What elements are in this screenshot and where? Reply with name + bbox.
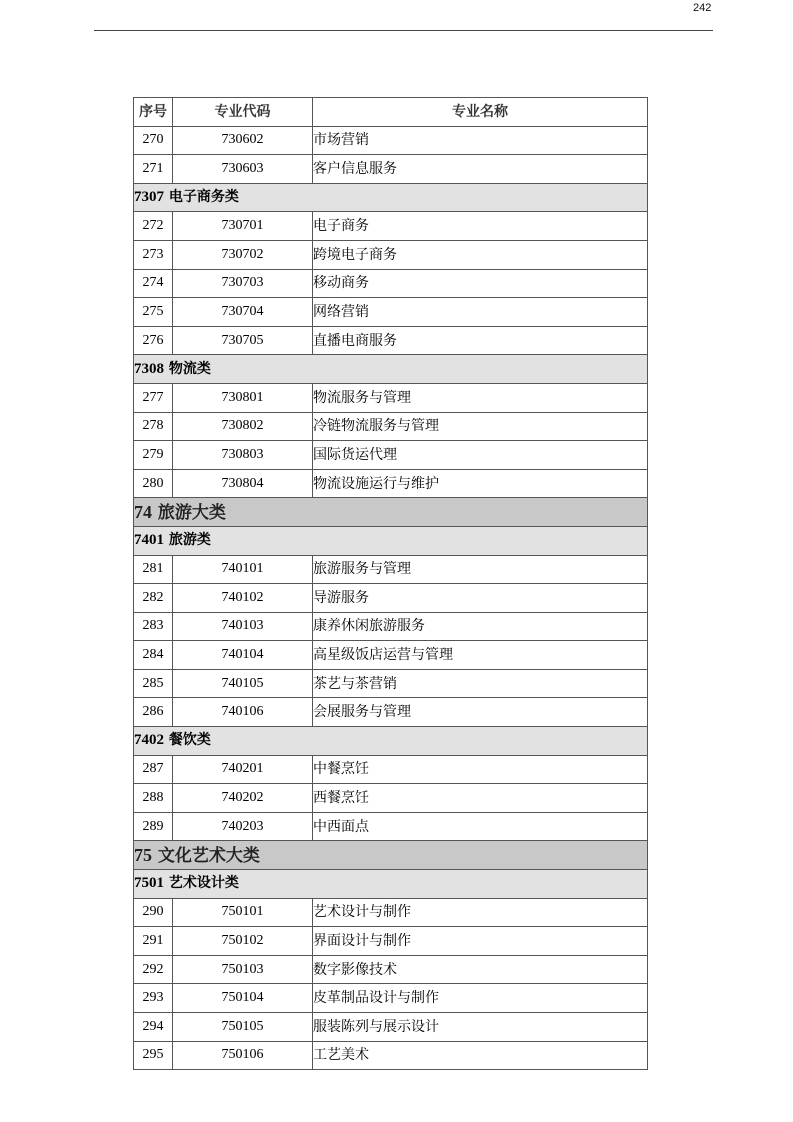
table-row: 276730705直播电商服务 xyxy=(134,326,648,355)
cell-code: 730701 xyxy=(173,212,313,241)
cell-code: 740105 xyxy=(173,669,313,698)
header-code: 专业代码 xyxy=(173,98,313,127)
cell-seq: 270 xyxy=(134,126,173,155)
cell-name: 康养休闲旅游服务 xyxy=(313,612,648,641)
table-row: 274730703移动商务 xyxy=(134,269,648,298)
table-row: 295750106工艺美术 xyxy=(134,1041,648,1070)
cell-name: 移动商务 xyxy=(313,269,648,298)
cell-code: 750104 xyxy=(173,984,313,1013)
cell-name: 西餐烹饪 xyxy=(313,784,648,813)
cell-seq: 287 xyxy=(134,755,173,784)
table-row: 270730602市场营销 xyxy=(134,126,648,155)
category-cell: 75 文化艺术大类 xyxy=(134,841,648,870)
table-row: 280730804物流设施运行与维护 xyxy=(134,469,648,498)
category-label: 文化艺术大类 xyxy=(158,846,260,866)
category-code: 74 xyxy=(134,502,152,522)
table-row: 284740104高星级饭店运营与管理 xyxy=(134,641,648,670)
category-label: 旅游大类 xyxy=(158,503,226,523)
category-code: 75 xyxy=(134,845,152,865)
cell-code: 750106 xyxy=(173,1041,313,1070)
category-row: 7501 艺术设计类 xyxy=(134,870,648,899)
cell-code: 740203 xyxy=(173,812,313,841)
table-row: 273730702跨境电子商务 xyxy=(134,240,648,269)
table-row: 281740101旅游服务与管理 xyxy=(134,555,648,584)
cell-code: 750105 xyxy=(173,1013,313,1042)
table-row: 287740201中餐烹饪 xyxy=(134,755,648,784)
cell-name: 中西面点 xyxy=(313,812,648,841)
header-name: 专业名称 xyxy=(313,98,648,127)
cell-name: 市场营销 xyxy=(313,126,648,155)
cell-seq: 278 xyxy=(134,412,173,441)
cell-code: 740102 xyxy=(173,584,313,613)
table-row: 290750101艺术设计与制作 xyxy=(134,898,648,927)
cell-name: 网络营销 xyxy=(313,298,648,327)
category-code: 7307 xyxy=(134,189,164,205)
cell-code: 730804 xyxy=(173,469,313,498)
cell-name: 会展服务与管理 xyxy=(313,698,648,727)
category-code: 7402 xyxy=(134,732,164,748)
table-row: 294750105服装陈列与展示设计 xyxy=(134,1013,648,1042)
table-row: 277730801物流服务与管理 xyxy=(134,383,648,412)
cell-seq: 275 xyxy=(134,298,173,327)
table-row: 291750102界面设计与制作 xyxy=(134,927,648,956)
cell-seq: 282 xyxy=(134,584,173,613)
cell-seq: 281 xyxy=(134,555,173,584)
table-row: 293750104皮革制品设计与制作 xyxy=(134,984,648,1013)
cell-name: 物流服务与管理 xyxy=(313,383,648,412)
cell-seq: 294 xyxy=(134,1013,173,1042)
cell-name: 界面设计与制作 xyxy=(313,927,648,956)
table-row: 283740103康养休闲旅游服务 xyxy=(134,612,648,641)
table-row: 286740106会展服务与管理 xyxy=(134,698,648,727)
table-row: 278730802冷链物流服务与管理 xyxy=(134,412,648,441)
cell-code: 740201 xyxy=(173,755,313,784)
category-row: 7307 电子商务类 xyxy=(134,183,648,212)
category-cell: 74 旅游大类 xyxy=(134,498,648,527)
category-code: 7501 xyxy=(134,875,164,891)
cell-name: 艺术设计与制作 xyxy=(313,898,648,927)
cell-code: 730803 xyxy=(173,441,313,470)
table-row: 289740203中西面点 xyxy=(134,812,648,841)
category-label: 餐饮类 xyxy=(169,732,211,748)
cell-code: 740104 xyxy=(173,641,313,670)
cell-code: 730702 xyxy=(173,240,313,269)
cell-seq: 293 xyxy=(134,984,173,1013)
category-row: 7402 餐饮类 xyxy=(134,727,648,756)
cell-seq: 290 xyxy=(134,898,173,927)
category-label: 旅游类 xyxy=(169,532,211,548)
cell-code: 740101 xyxy=(173,555,313,584)
cell-name: 服装陈列与展示设计 xyxy=(313,1013,648,1042)
table-row: 272730701电子商务 xyxy=(134,212,648,241)
cell-seq: 284 xyxy=(134,641,173,670)
cell-seq: 279 xyxy=(134,441,173,470)
cell-code: 740202 xyxy=(173,784,313,813)
cell-code: 730801 xyxy=(173,383,313,412)
cell-seq: 289 xyxy=(134,812,173,841)
cell-seq: 286 xyxy=(134,698,173,727)
cell-code: 750101 xyxy=(173,898,313,927)
table-row: 292750103数字影像技术 xyxy=(134,955,648,984)
table-header-row: 序号 专业代码 专业名称 xyxy=(134,98,648,127)
cell-name: 国际货运代理 xyxy=(313,441,648,470)
cell-seq: 271 xyxy=(134,155,173,184)
table-row: 271730603客户信息服务 xyxy=(134,155,648,184)
category-code: 7401 xyxy=(134,532,164,548)
category-row: 7308 物流类 xyxy=(134,355,648,384)
cell-seq: 273 xyxy=(134,240,173,269)
table-row: 279730803国际货运代理 xyxy=(134,441,648,470)
cell-seq: 276 xyxy=(134,326,173,355)
category-cell: 7401 旅游类 xyxy=(134,526,648,555)
category-label: 电子商务类 xyxy=(169,189,239,205)
cell-name: 旅游服务与管理 xyxy=(313,555,648,584)
major-category-row: 75 文化艺术大类 xyxy=(134,841,648,870)
cell-name: 导游服务 xyxy=(313,584,648,613)
major-category-row: 74 旅游大类 xyxy=(134,498,648,527)
table-row: 282740102导游服务 xyxy=(134,584,648,613)
table-body: 270730602市场营销271730603客户信息服务7307 电子商务类27… xyxy=(134,126,648,1070)
cell-seq: 272 xyxy=(134,212,173,241)
cell-name: 跨境电子商务 xyxy=(313,240,648,269)
cell-name: 中餐烹饪 xyxy=(313,755,648,784)
category-cell: 7402 餐饮类 xyxy=(134,727,648,756)
cell-name: 高星级饭店运营与管理 xyxy=(313,641,648,670)
cell-code: 730602 xyxy=(173,126,313,155)
cell-name: 冷链物流服务与管理 xyxy=(313,412,648,441)
cell-seq: 274 xyxy=(134,269,173,298)
cell-code: 730705 xyxy=(173,326,313,355)
category-row: 7401 旅游类 xyxy=(134,526,648,555)
cell-seq: 295 xyxy=(134,1041,173,1070)
cell-name: 皮革制品设计与制作 xyxy=(313,984,648,1013)
category-code: 7308 xyxy=(134,361,164,377)
page-number: 242 xyxy=(693,2,711,14)
header-seq: 序号 xyxy=(134,98,173,127)
cell-seq: 288 xyxy=(134,784,173,813)
cell-code: 740106 xyxy=(173,698,313,727)
cell-seq: 292 xyxy=(134,955,173,984)
cell-name: 客户信息服务 xyxy=(313,155,648,184)
category-label: 艺术设计类 xyxy=(169,875,239,891)
cell-code: 750102 xyxy=(173,927,313,956)
category-cell: 7308 物流类 xyxy=(134,355,648,384)
cell-name: 电子商务 xyxy=(313,212,648,241)
cell-code: 730704 xyxy=(173,298,313,327)
cell-name: 物流设施运行与维护 xyxy=(313,469,648,498)
cell-name: 直播电商服务 xyxy=(313,326,648,355)
category-label: 物流类 xyxy=(169,361,211,377)
cell-name: 数字影像技术 xyxy=(313,955,648,984)
cell-code: 740103 xyxy=(173,612,313,641)
header-rule xyxy=(94,30,713,31)
cell-name: 工艺美术 xyxy=(313,1041,648,1070)
cell-code: 730603 xyxy=(173,155,313,184)
cell-name: 茶艺与茶营销 xyxy=(313,669,648,698)
majors-table: 序号 专业代码 专业名称 270730602市场营销271730603客户信息服… xyxy=(133,97,648,1070)
table-row: 285740105茶艺与茶营销 xyxy=(134,669,648,698)
cell-code: 730802 xyxy=(173,412,313,441)
table-row: 275730704网络营销 xyxy=(134,298,648,327)
cell-seq: 291 xyxy=(134,927,173,956)
cell-seq: 280 xyxy=(134,469,173,498)
cell-seq: 277 xyxy=(134,383,173,412)
cell-seq: 283 xyxy=(134,612,173,641)
cell-code: 730703 xyxy=(173,269,313,298)
cell-seq: 285 xyxy=(134,669,173,698)
category-cell: 7307 电子商务类 xyxy=(134,183,648,212)
table-row: 288740202西餐烹饪 xyxy=(134,784,648,813)
cell-code: 750103 xyxy=(173,955,313,984)
category-cell: 7501 艺术设计类 xyxy=(134,870,648,899)
